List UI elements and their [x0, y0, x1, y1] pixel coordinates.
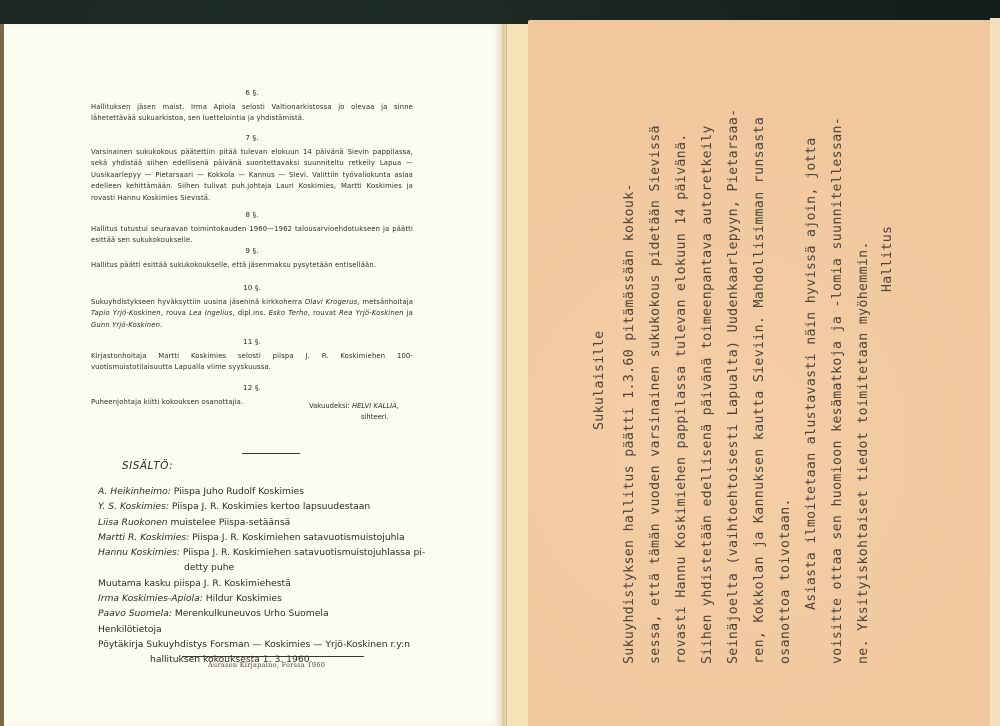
toc-author: Hannu Koskimies: — [98, 547, 180, 558]
text-run: , metsänhoitaja — [357, 298, 413, 306]
section-number: 12 §. — [91, 382, 413, 394]
toc-article-title: Henkilötietoja — [98, 624, 162, 635]
text-run: , rouvat — [308, 309, 339, 317]
letter-line: sessa, että tämän vuoden varsinainen suk… — [648, 125, 663, 664]
member-name: Tapio Yrjö-Koskinen — [91, 309, 161, 317]
toc-title: SISÄLTÖ: — [122, 460, 173, 472]
inserted-page-edge — [506, 24, 529, 726]
member-name: Esko Terho — [269, 309, 308, 317]
section-6: 6 §. Hallituksen jäsen maist. Irma Apiol… — [91, 87, 413, 125]
letter-line: Asiasta ilmoitetaan alustavasti näin hyv… — [804, 137, 819, 610]
toc-item: Hannu Koskimies: Piispa J. R. Koskimiehe… — [98, 545, 428, 560]
toc-author: Y. S. Koskimies: — [98, 501, 169, 512]
text-run: . — [160, 321, 162, 329]
toc-item: A. Heikinheimo: Piispa Juho Rudolf Koski… — [98, 484, 428, 499]
toc-item: Y. S. Koskimies: Piispa J. R. Koskimies … — [98, 499, 428, 514]
toc-article-title: Muutama kasku piispa J. R. Koskimiehestä — [98, 578, 291, 589]
text-run: ja — [404, 309, 413, 317]
section-text: Hallitus päätti esittää sukukokoukselle,… — [91, 260, 413, 272]
member-name: Olavi Krogerus — [305, 298, 358, 306]
toc-author: A. Heikinheimo: — [98, 486, 171, 497]
section-text: Varsinainen sukukokous päätettiin pitää … — [91, 147, 413, 205]
toc-author: Liisa Ruokonen — [98, 517, 168, 528]
section-11: 11 §. Kirjastonhoitaja Martti Koskimies … — [91, 336, 413, 374]
letter-signoff: Hallitus — [880, 226, 895, 292]
toc-item: Martti R. Koskimies: Piispa J. R. Koskim… — [98, 530, 428, 545]
text-run: Sukuyhdistykseen hyväksyttiin uusina jäs… — [91, 298, 305, 306]
toc-article-title: Piispa Juho Rudolf Koskimies — [171, 486, 304, 497]
right-page-edge — [990, 18, 1000, 726]
letter-line: Siihen yhdistetään edellisenä päivänä to… — [700, 125, 715, 664]
toc-article-title: Pöytäkirja Sukuyhdistys Forsman — Koskim… — [98, 639, 410, 650]
toc-item: Pöytäkirja Sukuyhdistys Forsman — Koskim… — [98, 637, 428, 652]
section-number: 9 §. — [91, 245, 413, 257]
toc-item-continuation: detty puhe — [98, 560, 428, 575]
toc-item: Henkilötietoja — [98, 622, 428, 637]
letter-line: ren, Kokkolan ja Kannuksen kautta Sievii… — [752, 117, 767, 664]
section-10: 10 §. Sukuyhdistykseen hyväksyttiin uusi… — [91, 282, 413, 331]
toc-item: Liisa Ruokonen muistelee Piispa-setäänsä — [98, 515, 428, 530]
section-text: Hallitus tutustui seuraavan toimintokaud… — [91, 224, 413, 247]
section-number: 11 §. — [91, 336, 413, 348]
section-text: Kirjastonhoitaja Martti Koskimies selost… — [91, 351, 413, 374]
signature-title: sihteeri. — [309, 412, 399, 423]
divider-rule — [242, 453, 300, 454]
toc-author: Paavo Suomela: — [98, 608, 172, 619]
table-of-contents: A. Heikinheimo: Piispa Juho Rudolf Koski… — [98, 484, 428, 668]
letter-line: voisitte ottaa sen huomioon kesämatkoja … — [830, 117, 845, 664]
letter-line: Seinäjoelta (vaihtoehtoisesti Lapualta) … — [726, 109, 741, 664]
toc-article-title: Piispa J. R. Koskimies kertoo lapsuudest… — [169, 501, 370, 512]
toc-article-title: Piispa J. R. Koskimiehen satavuotismuist… — [189, 532, 404, 543]
toc-author: Irma Koskimies-Apiola: — [98, 593, 203, 604]
text-run: , rouva — [161, 309, 189, 317]
member-name: Rea Yrjö-Koskinen — [339, 309, 404, 317]
member-name: Gunn Yrjö-Koskinen — [91, 321, 160, 329]
signature-block: Vakuudeksi: HELVI KALLIA, sihteeri. — [309, 401, 399, 423]
section-text: Hallituksen jäsen maist. Irma Apiola sel… — [91, 102, 413, 125]
letter-line: Sukuyhdistyksen hallitus päätti 1.3.60 p… — [622, 183, 637, 664]
toc-author: Martti R. Koskimies: — [98, 532, 189, 543]
toc-article-title: muistelee Piispa-setäänsä — [168, 517, 291, 528]
section-7: 7 §. Varsinainen sukukokous päätettiin p… — [91, 132, 413, 204]
signature-label: Vakuudeksi: — [309, 402, 352, 410]
section-8: 8 §. Hallitus tutustui seuraavan toimint… — [91, 209, 413, 247]
toc-item: Paavo Suomela: Merenkulkuneuvos Urho Suo… — [98, 606, 428, 621]
toc-item: Muutama kasku piispa J. R. Koskimiehestä — [98, 576, 428, 591]
toc-item: Irma Koskimies-Apiola: Hildur Koskimies — [98, 591, 428, 606]
letter-heading: Sukulaisille — [592, 331, 607, 430]
section-number: 7 §. — [91, 132, 413, 144]
left-page: 6 §. Hallituksen jäsen maist. Irma Apiol… — [4, 24, 502, 726]
section-text: Sukuyhdistykseen hyväksyttiin uusina jäs… — [91, 297, 413, 332]
toc-article-title: Piispa J. R. Koskimiehen satavuotismuist… — [180, 547, 425, 558]
letter-line: rovasti Hannu Koskimiehen pappilassa tul… — [674, 133, 689, 664]
toc-article-title: Merenkulkuneuvos Urho Suomela — [172, 608, 329, 619]
divider-rule — [182, 656, 364, 657]
section-number: 8 §. — [91, 209, 413, 221]
text-run: , dipl.ins. — [232, 309, 268, 317]
letter-line: ne. Yksityiskohtaiset tiedot toimitetaan… — [856, 241, 871, 664]
section-9: 9 §. Hallitus päätti esittää sukukokouks… — [91, 245, 413, 271]
signature-name: HELVI KALLIA, — [352, 402, 399, 410]
member-name: Lea Ingelius — [189, 309, 232, 317]
section-number: 6 §. — [91, 87, 413, 99]
printer-imprint: Aurasen Kirjapaino, Forssa 1960 — [208, 661, 325, 669]
letter-line: osanottoa toivotaan. — [778, 498, 793, 664]
section-number: 10 §. — [91, 282, 413, 294]
toc-article-title: Hildur Koskimies — [203, 593, 282, 604]
